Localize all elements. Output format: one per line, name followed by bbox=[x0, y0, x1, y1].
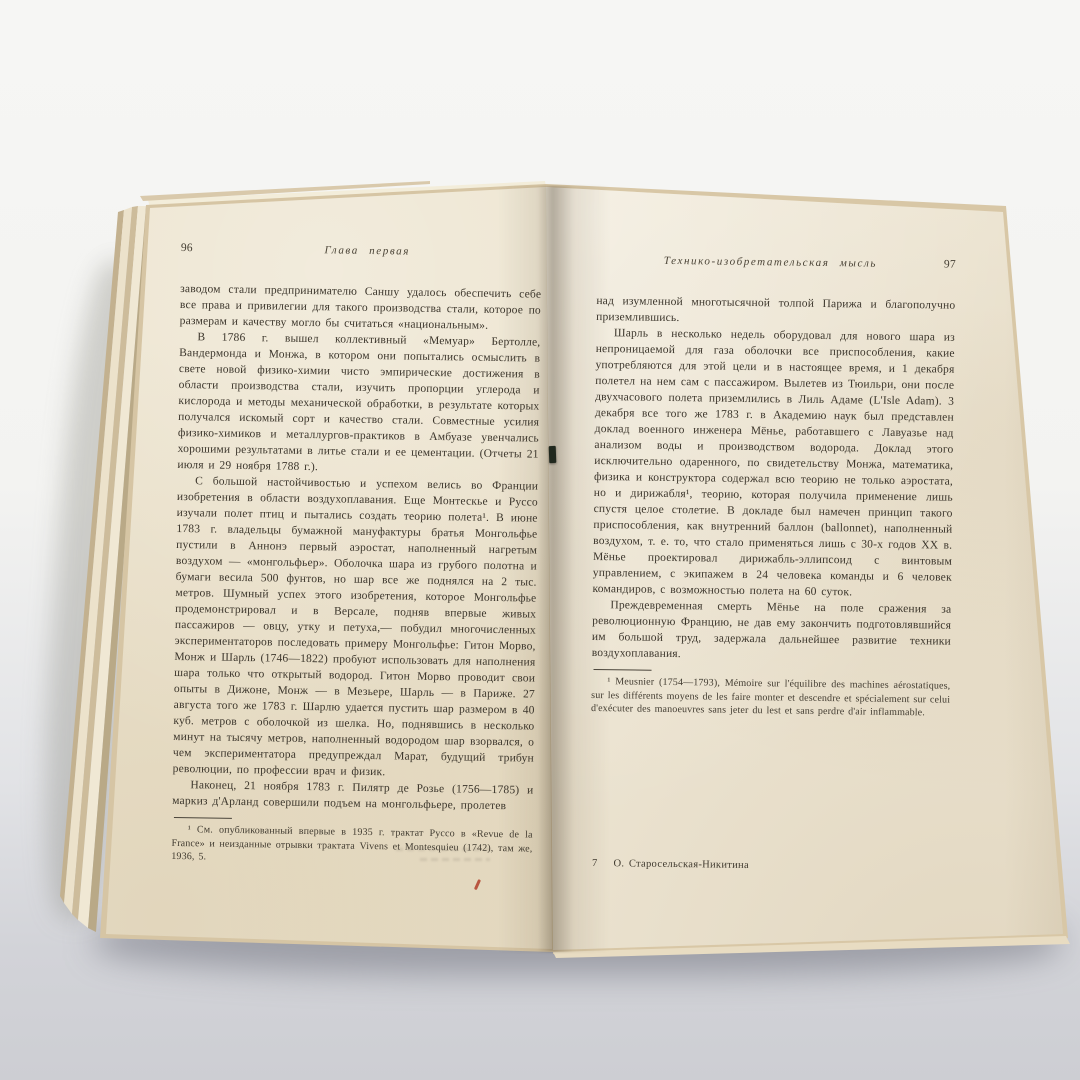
footnote-separator-left bbox=[174, 817, 232, 819]
footnote-text: ¹ См. опубликованный впервые в 1935 г. т… bbox=[171, 824, 533, 862]
footnote-text: ¹ Meusnier (1754—1793), Mémoire sur l'éq… bbox=[591, 676, 950, 718]
right-page-text: Технико-изобретательская мысль 97 над из… bbox=[591, 252, 956, 720]
body-paragraph: С большой настойчивостью и успехом велис… bbox=[173, 473, 539, 783]
body-paragraph: Шарль в несколько недель оборудовал для … bbox=[592, 325, 955, 602]
left-page-text: 96 Глава первая заводом стали предприним… bbox=[171, 240, 542, 869]
signature-number: 7 bbox=[592, 856, 598, 872]
body-paragraph: заводом стали предпринимателю Саншу удал… bbox=[180, 281, 542, 335]
page-number-left: 96 bbox=[181, 240, 193, 256]
body-paragraph: Преждевременная смерть Мёнье на поле сра… bbox=[592, 597, 952, 666]
body-paragraph: Наконец, 21 ноября 1783 г. Пилятр де Роз… bbox=[172, 777, 533, 815]
footnote-right: ¹ Meusnier (1754—1793), Mémoire sur l'éq… bbox=[591, 675, 950, 720]
ink-showthrough bbox=[396, 848, 492, 851]
body-paragraph: над изумленной многотысячной толпой Пари… bbox=[596, 293, 955, 330]
printer-signature-line: 7О. Старосельская-Никитина bbox=[592, 856, 749, 874]
footnote-left: ¹ См. опубликованный впервые в 1935 г. т… bbox=[171, 823, 533, 869]
bookmark-ribbon-tip bbox=[549, 446, 557, 463]
book-photo: 96 Глава первая заводом стали предприним… bbox=[0, 0, 1080, 1080]
body-paragraph: В 1786 г. вышел коллективный «Мемуар» Бе… bbox=[177, 329, 540, 479]
ink-showthrough bbox=[420, 858, 490, 861]
footnote-separator-right bbox=[594, 669, 652, 671]
page-number-right: 97 bbox=[944, 257, 956, 273]
right-page-header: Технико-изобретательская мысль 97 bbox=[597, 252, 956, 273]
signature-name: О. Старосельская-Никитина bbox=[613, 858, 749, 871]
running-head-right: Технико-изобретательская мысль bbox=[597, 252, 944, 273]
